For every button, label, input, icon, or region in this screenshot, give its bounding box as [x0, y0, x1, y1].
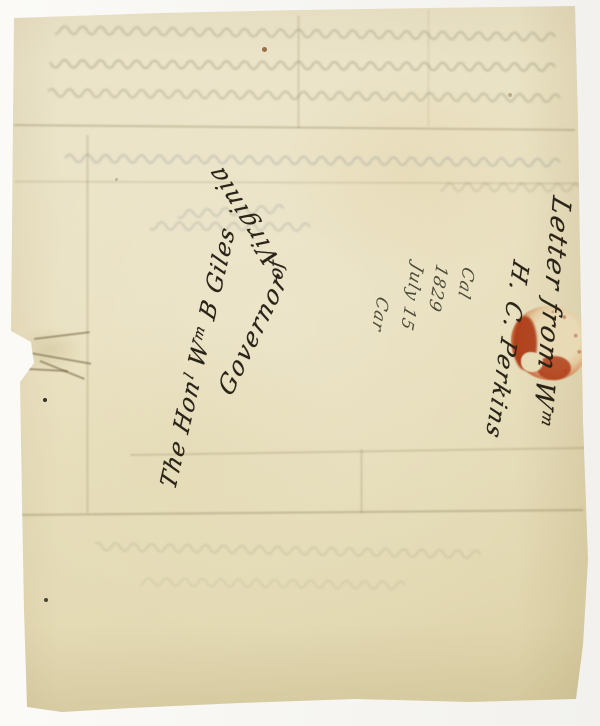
fox-spot [508, 93, 512, 97]
fox-spot [44, 598, 48, 602]
bleed-through-writing [50, 58, 555, 81]
letter-verso-page: Letter from Wm H. C. Perkins Cal 1829 Ju… [0, 0, 600, 726]
bleed-through-writing [55, 25, 555, 51]
filing-note-car: Car [368, 294, 390, 334]
fold-crease-horizontal [14, 124, 575, 132]
fold-crease-vertical [297, 16, 300, 128]
fox-spot [578, 62, 581, 65]
fold-crease-horizontal [15, 180, 578, 185]
filing-note-year: 1829 [425, 262, 449, 314]
fox-spot [262, 47, 267, 52]
bleed-through-writing [48, 87, 560, 111]
bleed-through-writing [95, 541, 480, 568]
filing-note-date: July 15 [397, 261, 425, 333]
fold-crease-horizontal [20, 509, 583, 517]
bleed-through-writing [140, 576, 405, 599]
docket-text: Letter from W [528, 193, 576, 415]
fox-spot [43, 398, 47, 402]
fox-spot [115, 178, 118, 181]
fold-crease-horizontal [130, 446, 585, 456]
scan-background: Letter from Wm H. C. Perkins Cal 1829 Ju… [0, 0, 600, 726]
address-hon: Hon [169, 375, 205, 438]
filing-note-cal: Cal [454, 264, 476, 301]
fold-crease-vertical [86, 135, 89, 513]
fold-crease-vertical [427, 10, 430, 126]
fold-crease-vertical [360, 449, 363, 513]
address-the: The [156, 427, 193, 494]
bleed-through-writing [65, 153, 560, 176]
